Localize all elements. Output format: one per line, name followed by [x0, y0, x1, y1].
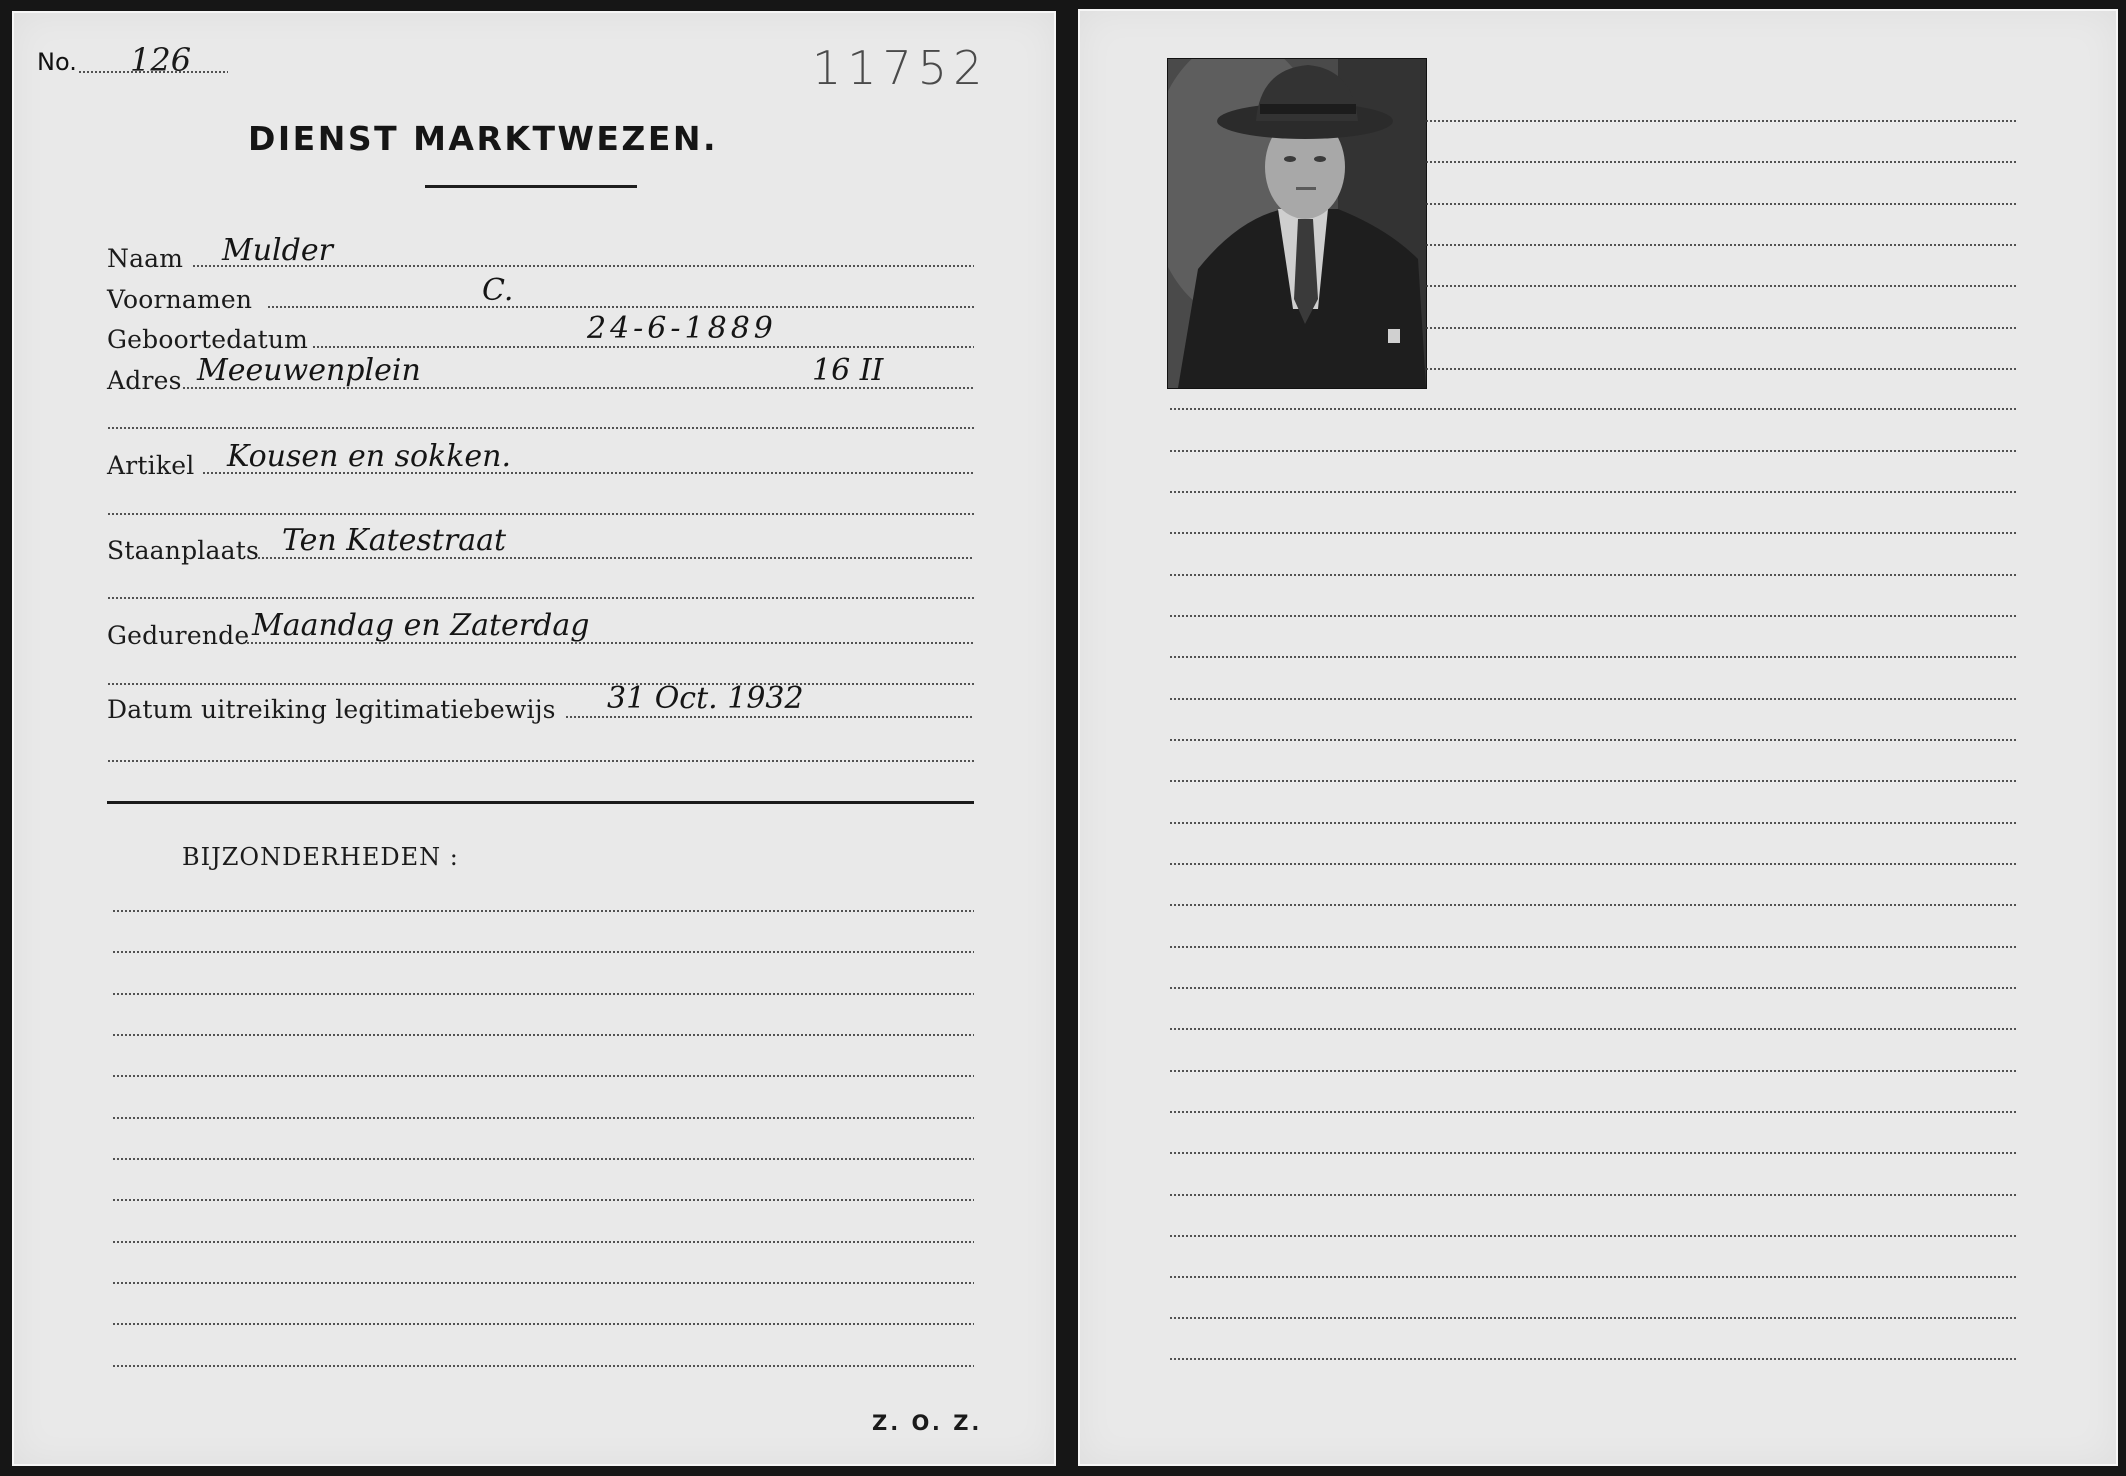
field-label-naam: Naam [107, 244, 183, 273]
form-front-page: No. 126 11752 DIENST MARKTWEZEN. Naam Mu… [12, 11, 1056, 1466]
notes-line [1169, 946, 2018, 948]
portrait-image [1168, 59, 1426, 388]
field-label-gedurende: Gedurende [107, 621, 249, 650]
notes-line [1169, 1111, 2018, 1113]
field-value-staanplaats: Ten Katestraat [282, 523, 506, 558]
field-line-voornamen [267, 306, 974, 308]
notes-line [1425, 285, 2018, 287]
form-back-page [1078, 9, 2118, 1466]
archive-number: 11752 [812, 41, 988, 95]
notes-line [1425, 120, 2018, 122]
notes-line [112, 951, 974, 953]
notes-line [1169, 532, 2018, 534]
section-divider [107, 801, 974, 804]
notes-line [112, 1117, 974, 1119]
notes-line [1169, 698, 2018, 700]
field-line-gedurende-2 [107, 683, 974, 685]
field-label-artikel: Artikel [107, 451, 194, 480]
notes-line [1169, 780, 2018, 782]
notes-line [1169, 987, 2018, 989]
field-line-staanplaats-2 [107, 597, 974, 599]
portrait-photo [1167, 58, 1427, 389]
form-title: DIENST MARKTWEZEN. [248, 119, 718, 158]
field-label-geboortedatum: Geboortedatum [107, 325, 308, 354]
notes-line [112, 910, 974, 912]
notes-line [1169, 1358, 2018, 1360]
notes-line [112, 1241, 974, 1243]
notes-line [112, 1034, 974, 1036]
field-label-staanplaats: Staanplaats [107, 536, 259, 565]
notes-line [1169, 408, 2018, 410]
notes-line [1169, 615, 2018, 617]
notes-line [112, 1075, 974, 1077]
field-label-adres: Adres [107, 366, 182, 395]
notes-line [1169, 1276, 2018, 1278]
notes-line [1169, 450, 2018, 452]
field-value-voornamen: C. [482, 273, 513, 308]
notes-line [1169, 863, 2018, 865]
notes-line [112, 1282, 974, 1284]
notes-line [1425, 244, 2018, 246]
field-value-gedurende: Maandag en Zaterdag [252, 608, 589, 643]
notes-line [1169, 1194, 2018, 1196]
notes-line [1169, 491, 2018, 493]
number-label: No. [37, 48, 77, 76]
notes-line [1169, 1028, 2018, 1030]
title-rule [425, 185, 637, 188]
notes-line [1169, 1070, 2018, 1072]
notes-line [1425, 203, 2018, 205]
number-value: 126 [130, 41, 191, 79]
notes-line [1169, 1152, 2018, 1154]
notes-line [1169, 739, 2018, 741]
field-line-datum-uitreiking [565, 716, 974, 718]
notes-line [1169, 822, 2018, 824]
field-line-datum-2 [107, 760, 974, 762]
notes-line [112, 993, 974, 995]
notes-line [1425, 327, 2018, 329]
field-value-adres: Meeuwenplein [197, 353, 421, 388]
section-heading: BIJZONDERHEDEN : [182, 843, 459, 871]
field-line-artikel-2 [107, 513, 974, 515]
field-value-geboortedatum: 24-6-1889 [587, 311, 777, 346]
field-label-voornamen: Voornamen [107, 285, 252, 314]
notes-line [1169, 656, 2018, 658]
field-line-adres-2 [107, 427, 974, 429]
field-value-datum-uitreiking: 31 Oct. 1932 [607, 681, 804, 716]
field-value-adres-number: 16 II [812, 353, 883, 388]
field-label-datum-uitreiking: Datum uitreiking legitimatiebewijs [107, 695, 556, 724]
turn-over-note: Z. O. Z. [872, 1411, 982, 1435]
notes-line [112, 1365, 974, 1367]
notes-line [1169, 1235, 2018, 1237]
notes-line [1169, 574, 2018, 576]
field-value-naam: Mulder [222, 233, 333, 268]
field-line-geboortedatum [312, 346, 974, 348]
notes-line [112, 1323, 974, 1325]
notes-line [1425, 368, 2018, 370]
notes-line [112, 1199, 974, 1201]
field-value-artikel: Kousen en sokken. [227, 439, 511, 474]
notes-line [1169, 904, 2018, 906]
notes-line [1169, 1317, 2018, 1319]
notes-line [112, 1158, 974, 1160]
notes-line [1425, 161, 2018, 163]
